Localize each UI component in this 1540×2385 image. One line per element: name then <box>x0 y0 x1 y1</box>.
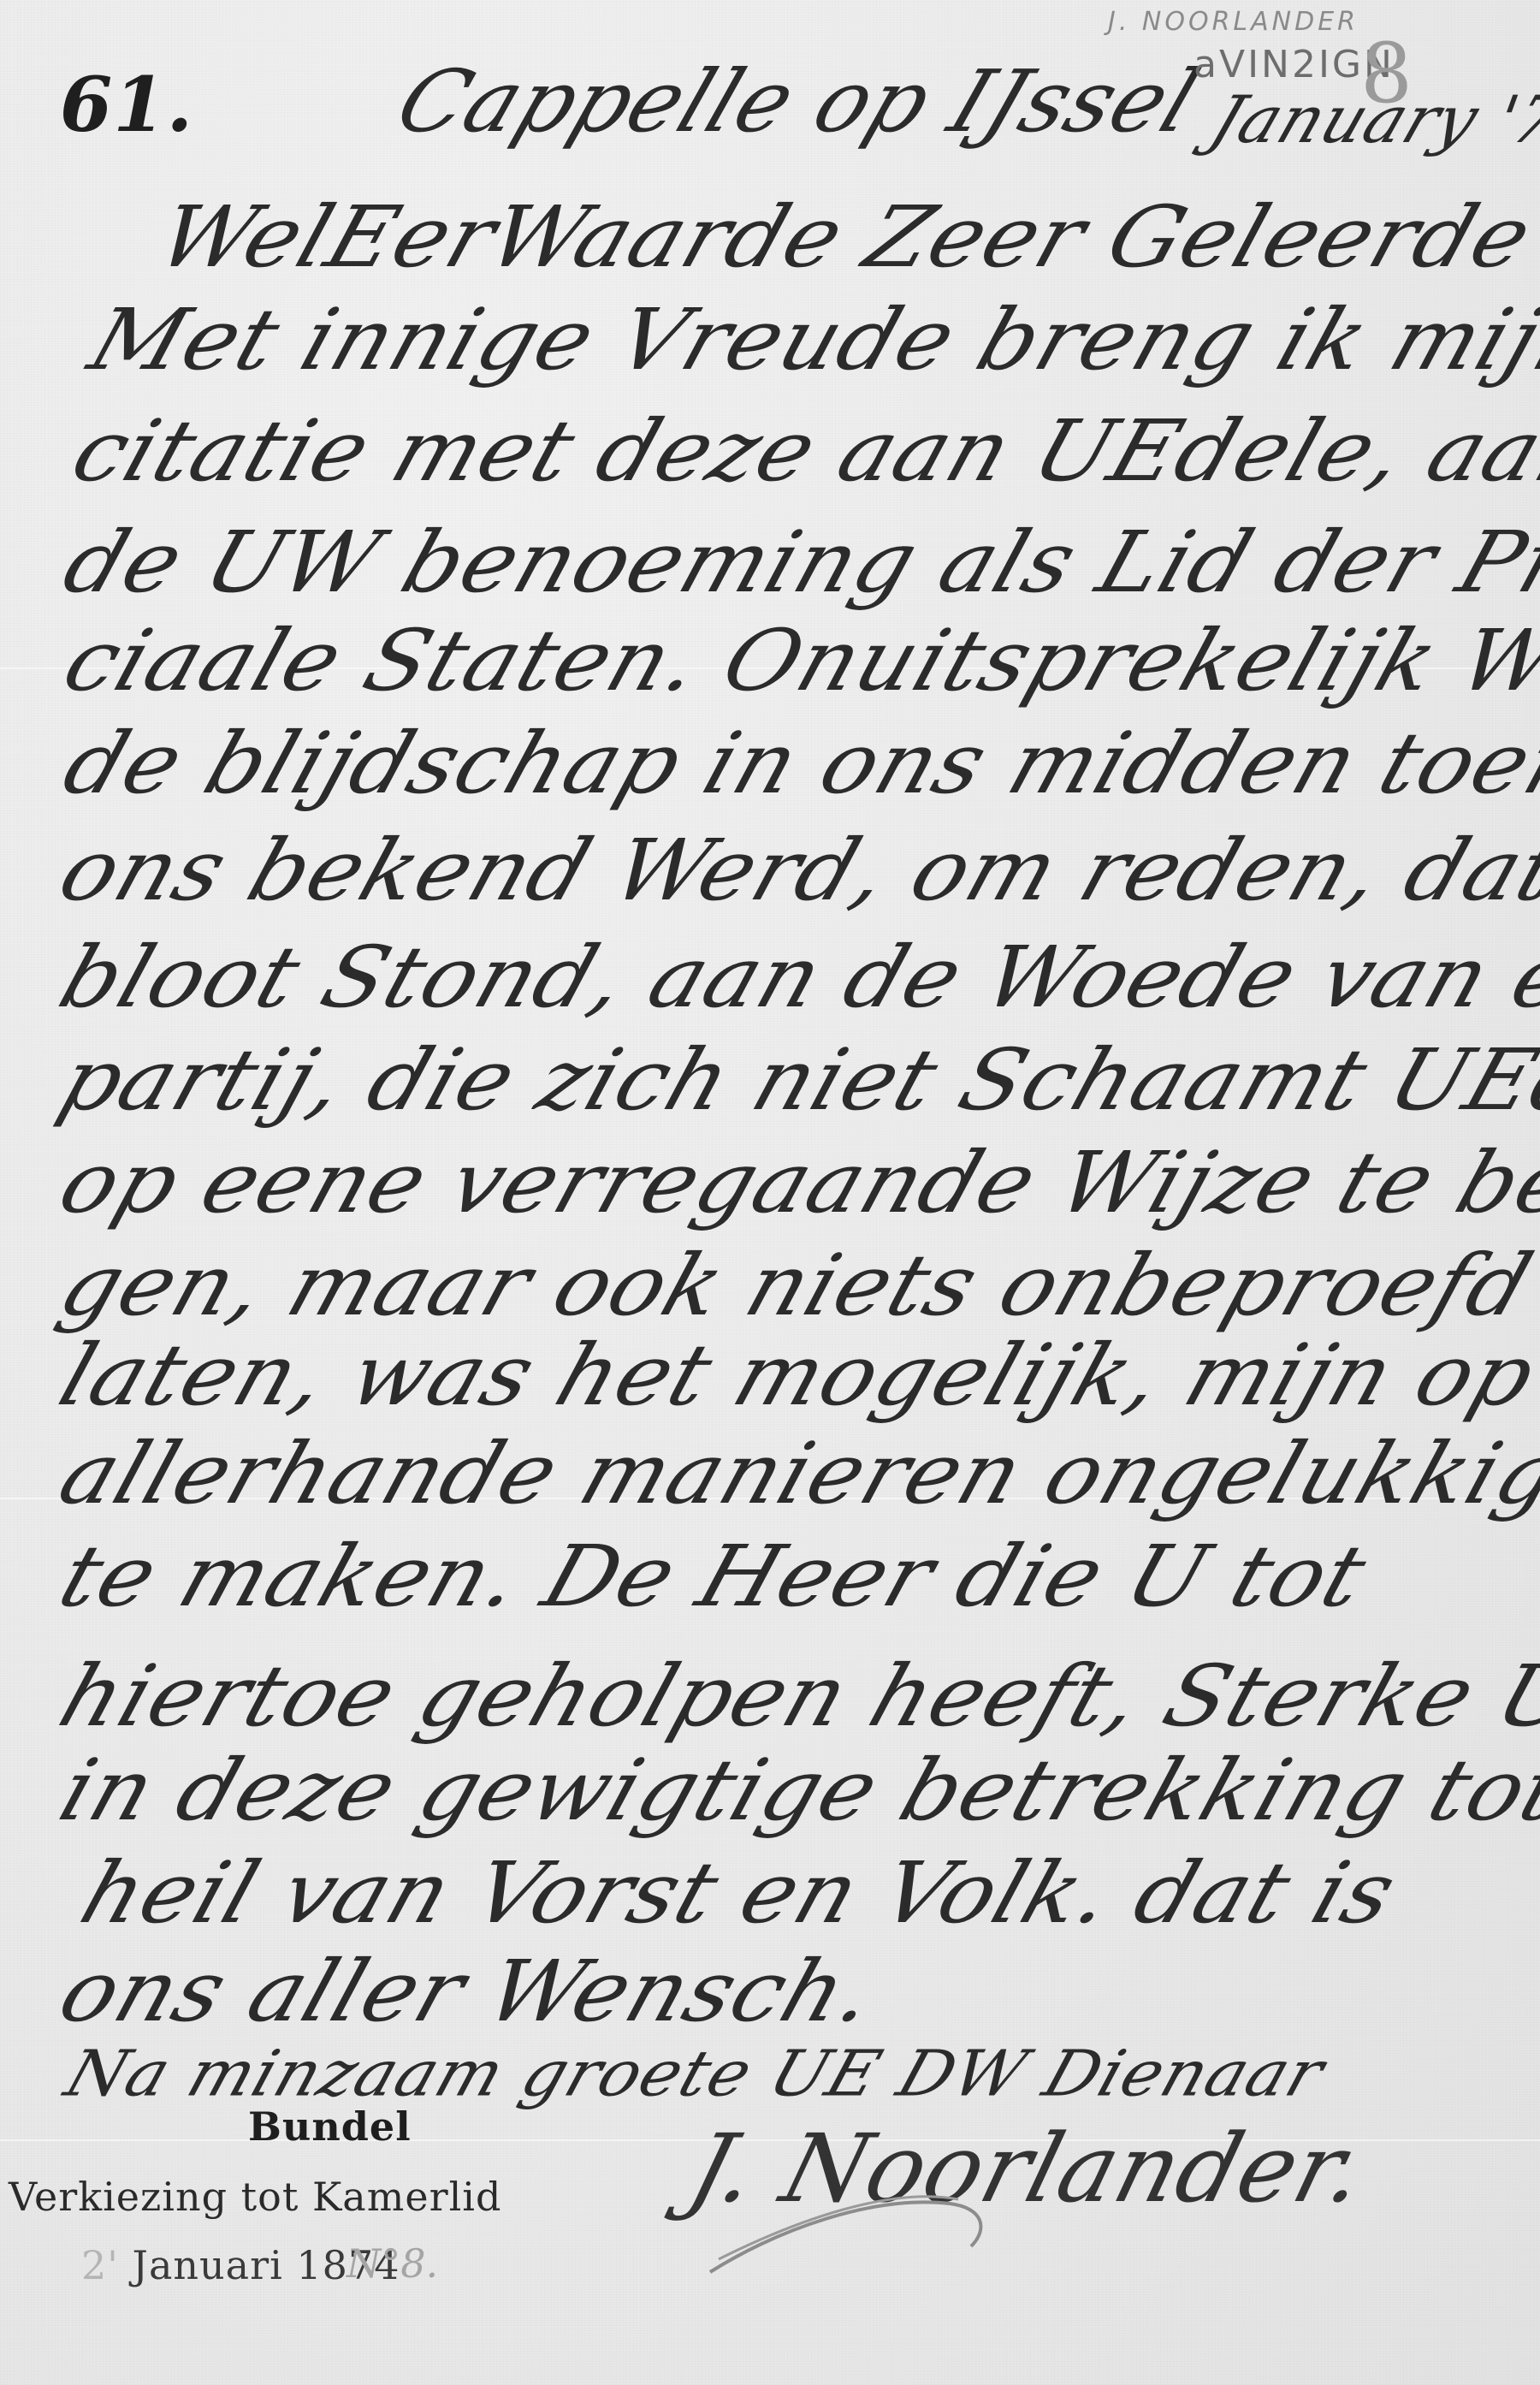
letter-line: bloot Stond, aan de Woede van eene <box>50 935 1540 1020</box>
letter-line: laten, was het mogelijk, mijn op <box>50 1333 1540 1418</box>
archive-stamp-date-prefix: 2' <box>81 2242 119 2288</box>
letter-place: Cappelle op IJssel <box>384 51 1212 151</box>
letter-line: op eene verregaande Wijze te beledi- <box>50 1141 1540 1225</box>
letter-line: te maken. De Heer die U tot <box>50 1534 1377 1619</box>
letter-closing: Na minzaam groete UE DW Dienaar <box>58 2043 1331 2106</box>
page-number: 61. <box>60 60 193 149</box>
archive-stamp-subtitle: Verkiezing tot Kamerlid <box>9 2174 501 2220</box>
letter-line: hiertoe geholpen heeft, Sterke U <box>50 1654 1540 1739</box>
letter-line: gen, maar ook niets onbeproefd zal <box>50 1243 1540 1328</box>
letter-line: ons bekend Werd, om reden, dat ik hier <box>50 828 1540 913</box>
letter-line: Met innige Vreude breng ik mijn feli- <box>80 298 1540 383</box>
archive-stamp-title: Bundel <box>248 2103 412 2150</box>
letter-line: ons aller Wensch. <box>50 1949 886 2034</box>
letter-line: partij, die zich niet Schaamt UEdele <box>50 1038 1540 1123</box>
letter-line: WelEerWaarde Zeer Geleerde Heer! <box>149 195 1540 280</box>
letter-line: heil van Vorst en Volk. dat is <box>72 1851 1406 1936</box>
letter-line: de UW benoeming als Lid der Provin <box>55 520 1540 605</box>
letter-line: in deze gewigtige betrekking tot <box>50 1748 1540 1833</box>
letter-line: allerhande manieren ongelukkig <box>50 1432 1540 1516</box>
letter-line: ciaale Staten. Onuitsprekelijk Was <box>55 619 1540 703</box>
letter-line: de blijdschap in ons midden toen het <box>55 721 1540 806</box>
archive-item-number: N°8. <box>346 2240 438 2287</box>
letter-line: citatie met deze aan UEdele, aangaan <box>63 409 1540 494</box>
pencil-annotation-number: 8 <box>1360 26 1413 122</box>
signature-flourish-icon <box>702 2178 1010 2281</box>
pencil-annotation-name: J. NOORLANDER <box>1108 7 1359 37</box>
